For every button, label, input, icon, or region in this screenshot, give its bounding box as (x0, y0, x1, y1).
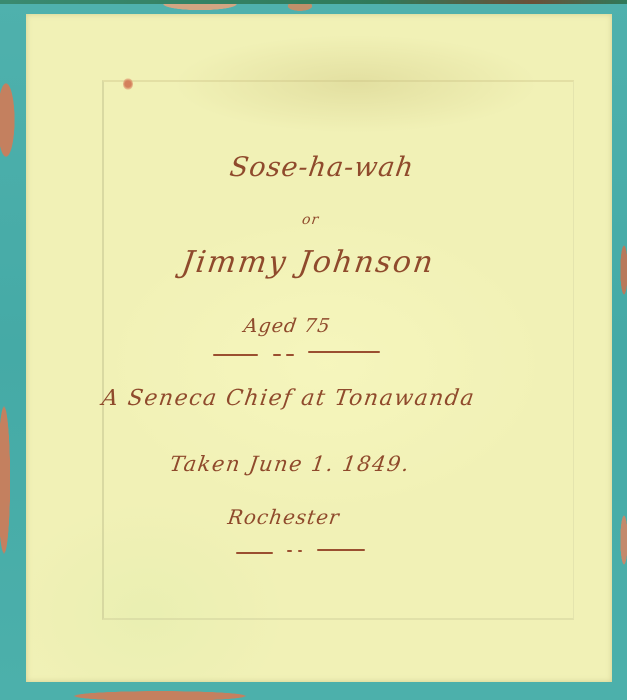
flourish-rule-2b (287, 550, 292, 552)
frame-top-edge (0, 0, 627, 4)
flourish-rule-1d (308, 351, 380, 353)
flourish-rule-2d (317, 549, 365, 551)
photo-date: Taken June 1. 1849. (168, 452, 412, 476)
stain-mark (123, 78, 133, 90)
sitter-native-name: Sose-ha-wah (228, 152, 416, 183)
paper-card (26, 14, 612, 682)
sitter-age: Aged 75 (242, 315, 332, 337)
flourish-rule-1c (286, 354, 294, 356)
flourish-rule-1a (213, 354, 258, 356)
sitter-english-name: Jimmy Johnson (180, 245, 437, 280)
photo-place: Rochester (226, 505, 341, 529)
connector-or: or (301, 212, 320, 228)
flourish-rule-2c (298, 550, 302, 552)
sitter-description: A Seneca Chief at Tonawanda (100, 386, 477, 411)
flourish-rule-1b (273, 354, 281, 356)
flourish-rule-2a (236, 552, 273, 554)
